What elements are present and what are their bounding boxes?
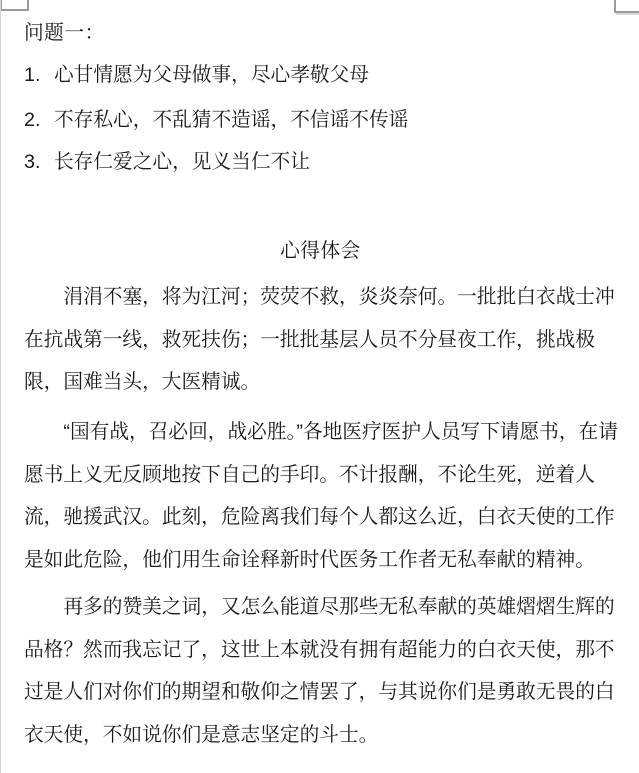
essay-paragraph-1: 涓涓不塞，将为江河；荧荧不救，炎炎奈何。一批批白衣战士冲 在抗战第一线，救死扶伤…	[24, 276, 624, 404]
document-page: 问题一： 1.心甘情愿为父母做事，尽心孝敬父母 2.不存私心，不乱猜不造谣，不信…	[0, 0, 639, 773]
question-item: 1.心甘情愿为父母做事，尽心孝敬父母	[24, 61, 369, 89]
question-item-number: 1.	[24, 61, 54, 89]
question-item-number: 2.	[24, 106, 54, 134]
page-corner-mark-left	[1, 0, 29, 11]
question-section-title: 问题一：	[24, 19, 105, 47]
essay-paragraph-2: “国有战，召必回，战必胜。”各地医疗医护人员写下请愿书，在请 愿书上义无反顾地按…	[24, 411, 624, 581]
question-item-text: 不存私心，不乱猜不造谣，不信谣不传谣	[54, 109, 408, 131]
essay-paragraph-3: 再多的赞美之词，又怎么能道尽那些无私奉献的英雄熠熠生辉的 品格？然而我忘记了，这…	[24, 586, 624, 756]
question-item-text: 长存仁爱之心，见义当仁不让	[54, 151, 310, 173]
question-item: 3.长存仁爱之心，见义当仁不让	[24, 148, 310, 176]
question-item-text: 心甘情愿为父母做事，尽心孝敬父母	[54, 64, 369, 86]
question-item: 2.不存私心，不乱猜不造谣，不信谣不传谣	[24, 106, 408, 134]
question-item-number: 3.	[24, 148, 54, 176]
page-corner-mark-right	[614, 0, 639, 13]
essay-title: 心得体会	[1, 237, 639, 265]
